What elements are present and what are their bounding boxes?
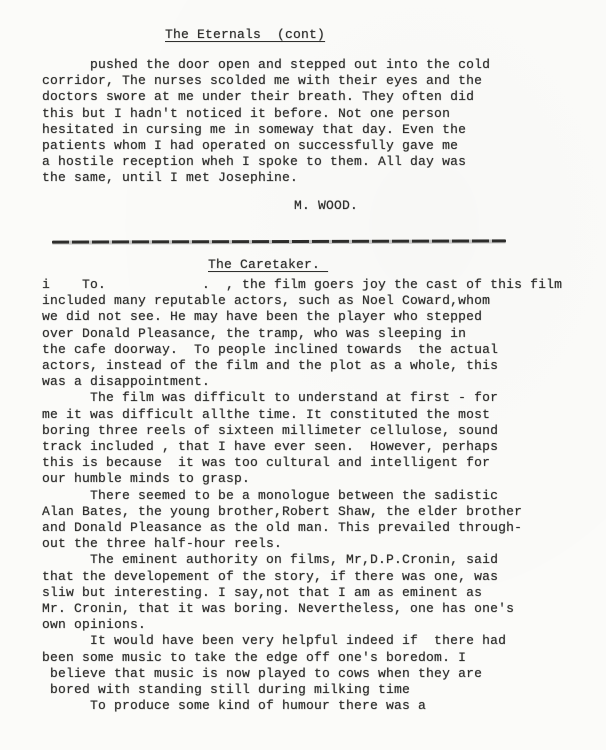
caretaker-body-text: i To. . , the film goers joy the cast of… xyxy=(42,277,562,714)
section-divider xyxy=(52,239,506,243)
section-title-eternals: The Eternals (cont) xyxy=(165,27,325,43)
section-title-caretaker: The Caretaker. xyxy=(208,257,328,273)
author-signature: M. WOOD. xyxy=(294,198,358,214)
document-page: The Eternals (cont) pushed the door open… xyxy=(0,0,606,750)
eternals-body-text: pushed the door open and stepped out int… xyxy=(42,57,490,187)
